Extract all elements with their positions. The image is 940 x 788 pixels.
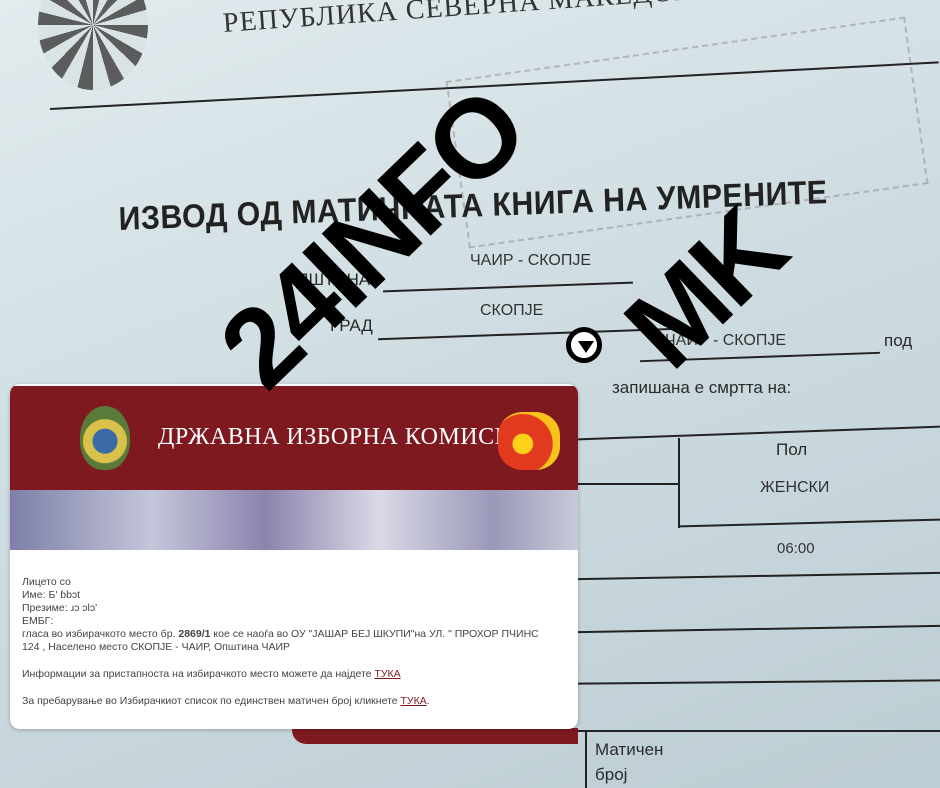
card-footer-bar [292, 728, 578, 744]
table-line [578, 426, 940, 440]
table-divider [585, 732, 587, 788]
dik-title: ДРЖАВНА ИЗБОРНА КОМИСИЈА [158, 424, 540, 451]
coat-of-arms-icon [80, 406, 130, 470]
voter-info: Лицето со Име: Б' ɓbɔt Презиме: ɹɔ ɔlɔ' … [22, 576, 578, 708]
accessibility-link[interactable]: ТУКА [374, 668, 400, 680]
accessibility-line: Информации за пристапноста на избирачкот… [22, 668, 578, 681]
table-line [680, 519, 940, 527]
country-header: РЕПУБЛИКА СЕВЕРНА МАКЕДОНИЈА [222, 0, 751, 40]
person-intro: Лицето со [22, 576, 578, 589]
accessibility-text: Информации за пристапноста на избирачкот… [22, 668, 374, 680]
municipality-value: ЧАИР - СКОПЈЕ [470, 252, 591, 270]
id-number-label-2: број [595, 765, 627, 785]
embg: ЕМБГ: [22, 615, 578, 628]
banner-photo [10, 490, 578, 550]
address-line: 124 , Населено место СКОПЈЕ - ЧАИР, Општ… [22, 641, 578, 654]
polling-line: гласа во избирачкото место бр. 2869/1 ко… [22, 628, 578, 641]
first-name: Име: Б' ɓbɔt [22, 589, 578, 602]
table-line [578, 483, 678, 485]
vote-prefix: гласа во избирачкото место бр. [22, 628, 178, 640]
table-line [578, 572, 940, 580]
municipality-line [383, 282, 633, 292]
search-link[interactable]: ТУКА [401, 695, 427, 707]
search-text: За пребарување во Избирачкиот список по … [22, 695, 401, 707]
table-line [578, 679, 940, 684]
sex-label: Пол [776, 440, 807, 460]
id-number-label: Матичен [595, 740, 663, 760]
search-line: За пребарување во Избирачкиот список по … [22, 695, 578, 708]
table-line [578, 730, 940, 732]
last-name: Презиме: ɹɔ ɔlɔ' [22, 602, 578, 615]
dik-sun-logo-icon [498, 412, 560, 470]
table-line [578, 625, 940, 633]
search-suffix: . [427, 695, 430, 707]
vote-suffix: кое се наоѓа во ОУ "ЈАШАР БЕЈ ШКУПИ"на У… [211, 628, 539, 640]
emblem-icon [38, 0, 148, 90]
table-divider [678, 438, 680, 528]
time-value: 06:00 [777, 540, 815, 557]
dik-voter-card: ДРЖАВНА ИЗБОРНА КОМИСИЈА Лицето со Име: … [10, 384, 578, 729]
watermark-logo-icon [566, 327, 602, 363]
sex-value: ЖЕНСКИ [760, 479, 829, 497]
polling-station-number: 2869/1 [178, 628, 210, 640]
city-value: СКОПЈЕ [480, 302, 543, 320]
under-label: под [884, 331, 912, 351]
